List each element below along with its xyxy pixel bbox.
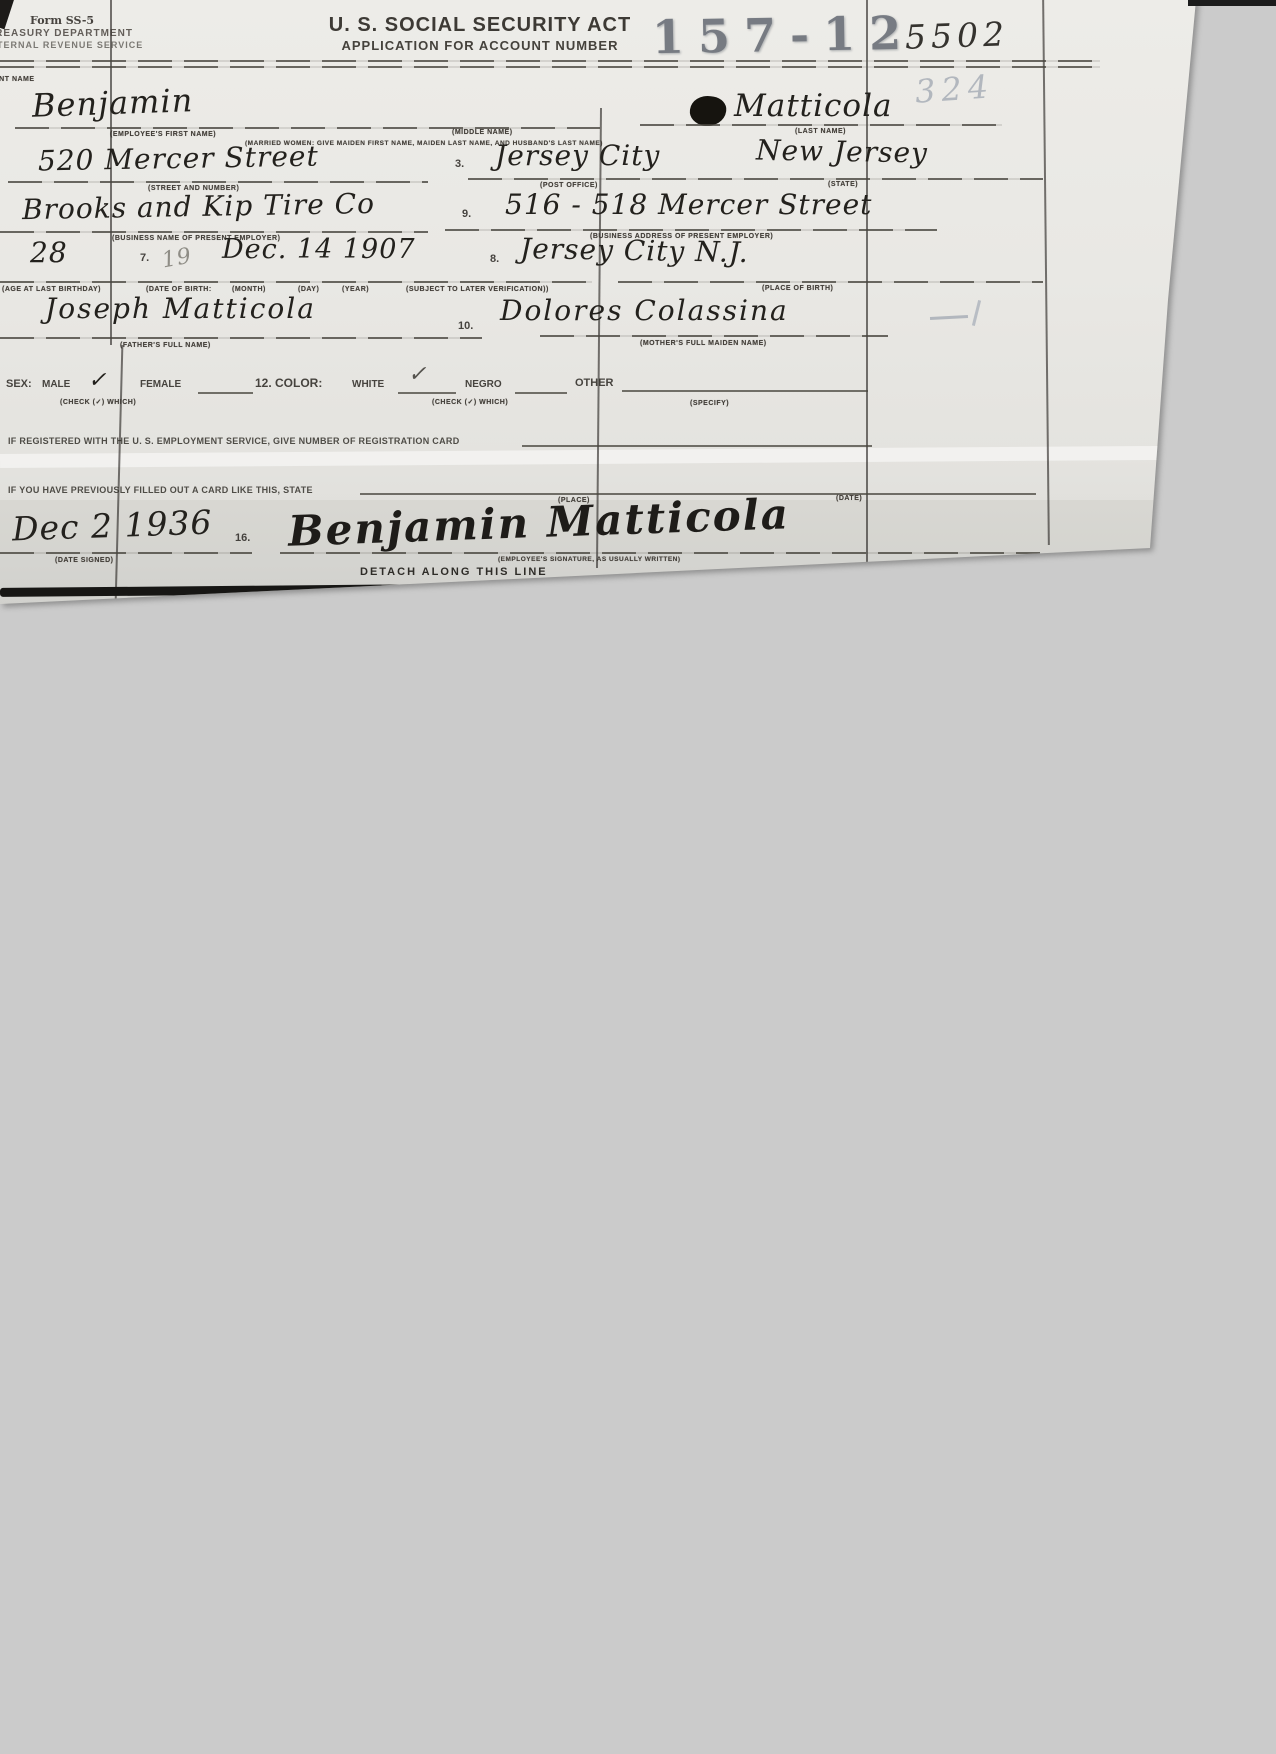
mother-label: (MOTHER'S FULL MAIDEN NAME) — [640, 340, 767, 347]
writing-line — [640, 124, 1002, 126]
column-rule — [1042, 0, 1050, 545]
state-value: New Jersey — [756, 134, 928, 170]
color-check-note: (CHECK (✓) WHICH) — [432, 398, 508, 406]
sex-check-note: (CHECK (✓) WHICH) — [60, 398, 136, 406]
first-name-value: Benjamin — [31, 81, 193, 125]
female-label: FEMALE — [140, 379, 181, 390]
item-number-9: 9. — [462, 208, 471, 220]
registration-question: IF REGISTERED WITH THE U. S. EMPLOYMENT … — [8, 436, 460, 446]
document-sheet-wrapper: Form SS-5 TREASURY DEPARTMENT INTERNAL R… — [0, 0, 1204, 608]
date-of-birth-value: Dec. 14 1907 — [222, 234, 416, 265]
other-label: OTHER — [575, 377, 614, 389]
crease-light-band — [0, 446, 1160, 468]
writing-line — [0, 231, 428, 233]
scanned-page-background: { "colors":{"page_background":"#cbcbcb",… — [0, 0, 1276, 1754]
negro-answer-line — [515, 392, 567, 394]
date-label: (DATE) — [836, 495, 862, 502]
white-label: WHITE — [352, 379, 384, 390]
agency-line-1: TREASURY DEPARTMENT — [0, 28, 133, 39]
male-checkmark: ✓ — [88, 368, 107, 393]
father-name-value: Joseph Matticola — [45, 292, 316, 325]
writing-line — [618, 281, 1043, 283]
writing-line — [540, 335, 888, 337]
item-number-10: 10. — [458, 320, 473, 332]
signature-value: Benjamin Matticola — [287, 489, 790, 555]
header-rule-bottom — [0, 66, 1100, 68]
scribble-mark: 19 — [160, 244, 194, 274]
sex-label: SEX: — [6, 378, 32, 390]
writing-line — [0, 552, 252, 554]
agency-line-2: INTERNAL REVENUE SERVICE — [0, 40, 143, 50]
pencil-stroke — [972, 300, 981, 326]
date-signed-value: Dec 2 1936 — [11, 503, 213, 549]
negro-label: NEGRO — [465, 379, 502, 390]
first-name-label: (EMPLOYEE'S FIRST NAME) — [110, 131, 216, 138]
middle-name-label: (MIDDLE NAME) — [452, 129, 513, 136]
item-number-3: 3. — [455, 158, 464, 170]
writing-line — [445, 229, 937, 231]
white-answer-line — [398, 392, 456, 394]
father-label: (FATHER'S FULL NAME) — [120, 342, 211, 349]
mother-name-value: Dolores Colassina — [500, 294, 789, 327]
writing-line — [0, 281, 592, 283]
item-number-7: 7. — [140, 252, 149, 264]
age-value: 28 — [30, 236, 68, 269]
state-label: (STATE) — [828, 181, 858, 188]
form-title: U. S. SOCIAL SECURITY ACT — [300, 14, 660, 37]
stamped-account-number: 157-12 — [652, 6, 916, 65]
employer-name-value: Brooks and Kip Tire Co — [22, 187, 375, 226]
last-name-value: Matticola — [734, 88, 892, 124]
scan-edge-artifact — [1188, 0, 1276, 6]
item-number-16: 16. — [235, 532, 250, 544]
print-name-label: PRINT NAME — [0, 76, 35, 83]
registration-answer-line — [522, 445, 872, 447]
city-value: Jersey City — [495, 139, 660, 172]
handwritten-number: 5502 — [904, 14, 1009, 57]
pencil-stroke — [930, 315, 968, 320]
item-number-8: 8. — [490, 253, 499, 265]
previous-card-question: IF YOU HAVE PREVIOUSLY FILLED OUT A CARD… — [8, 485, 313, 495]
header-rule-top — [0, 60, 1100, 62]
detach-heavy-line — [0, 580, 905, 597]
corner-ink-mark — [0, 0, 15, 29]
writing-line — [8, 181, 428, 183]
writing-line — [280, 552, 1040, 554]
form-number: Form SS-5 — [30, 14, 94, 27]
year-label: (YEAR) — [342, 286, 369, 293]
color-heading: 12. COLOR: — [255, 376, 322, 390]
writing-line — [468, 178, 1043, 180]
birthplace-label: (PLACE OF BIRTH) — [762, 285, 833, 292]
street-value: 520 Mercer Street — [38, 140, 319, 178]
white-checkmark: ✓ — [408, 362, 427, 387]
ss5-application-form: Form SS-5 TREASURY DEPARTMENT INTERNAL R… — [0, 0, 1204, 608]
pencil-number: 324 — [914, 67, 996, 110]
specify-note: (SPECIFY) — [690, 400, 729, 407]
birthplace-value: Jersey City N.J. — [520, 232, 749, 269]
other-answer-line — [622, 390, 868, 392]
female-answer-line — [198, 392, 253, 394]
signature-label: (EMPLOYEE'S SIGNATURE, AS USUALLY WRITTE… — [498, 556, 681, 563]
detach-line-text: DETACH ALONG THIS LINE — [360, 566, 548, 578]
detach-heavy-line-thin — [885, 576, 1147, 585]
writing-line — [0, 337, 482, 339]
date-signed-label: (DATE SIGNED) — [55, 557, 113, 564]
male-label: MALE — [42, 379, 70, 390]
form-subtitle: APPLICATION FOR ACCOUNT NUMBER — [300, 38, 660, 53]
employer-address-value: 516 - 518 Mercer Street — [505, 188, 872, 221]
column-rule — [115, 345, 124, 603]
verification-label: (SUBJECT TO LATER VERIFICATION)) — [406, 286, 549, 293]
